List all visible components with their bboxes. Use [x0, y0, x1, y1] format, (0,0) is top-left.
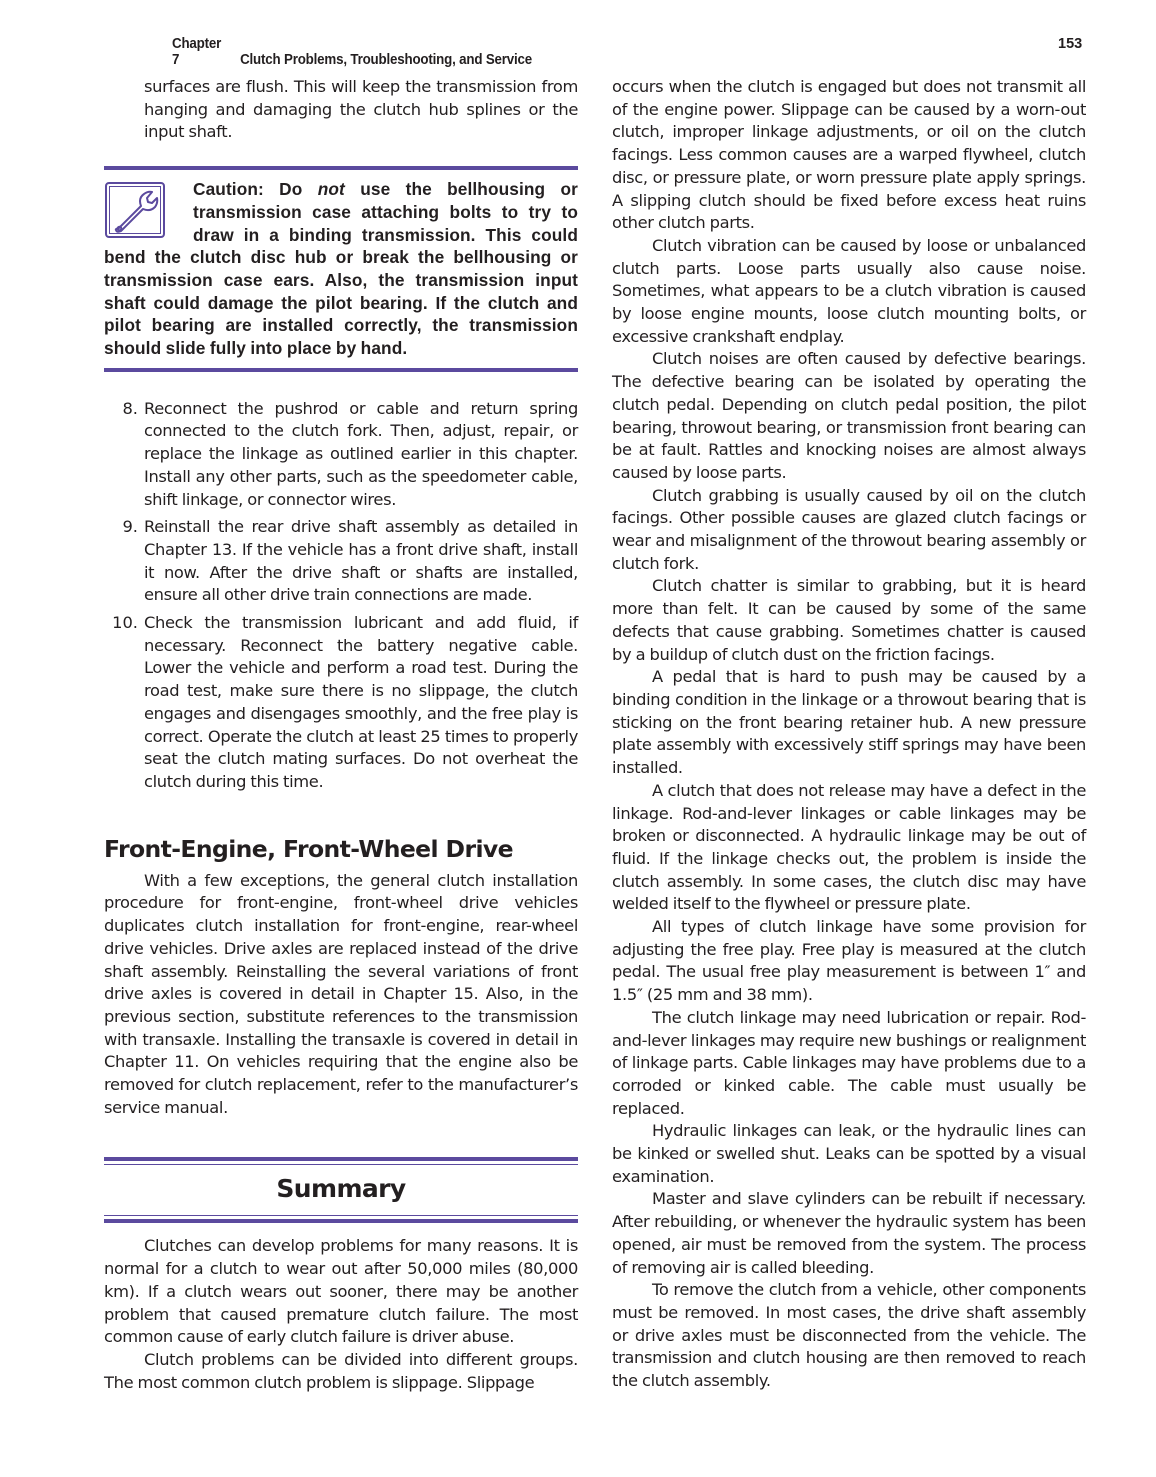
- wrench-icon: [105, 182, 165, 238]
- step-text: Reinstall the rear drive shaft assembly …: [144, 516, 578, 607]
- step-number: 10.: [104, 612, 138, 635]
- body-paragraph: Clutch vibration can be caused by loose …: [612, 235, 1086, 349]
- body-paragraph: Clutch chatter is similar to grabbing, b…: [612, 575, 1086, 666]
- body-paragraph: Hydraulic linkages can leak, or the hydr…: [612, 1120, 1086, 1188]
- body-paragraph: All types of clutch linkage have some pr…: [612, 916, 1086, 1007]
- step-text: Reconnect the pushrod or cable and retur…: [144, 398, 578, 512]
- body-paragraph: Master and slave cylinders can be rebuil…: [612, 1188, 1086, 1279]
- body-paragraph: A pedal that is hard to push may be caus…: [612, 666, 1086, 780]
- summary-bottom-rule: [104, 1215, 578, 1223]
- step-item: 10. Check the transmission lubricant and…: [104, 612, 578, 794]
- left-column: surfaces are flush. This will keep the t…: [104, 76, 578, 1394]
- step-number: 8.: [104, 398, 138, 421]
- step-number: 9.: [104, 516, 138, 539]
- page-number: 153: [1058, 36, 1082, 52]
- summary-paragraph: Clutch problems can be divided into diff…: [104, 1349, 578, 1394]
- body-paragraph: The clutch linkage may need lubrication …: [612, 1007, 1086, 1121]
- chapter-title: Clutch Problems, Troubleshooting, and Se…: [240, 52, 532, 68]
- continuation-paragraph: surfaces are flush. This will keep the t…: [104, 76, 578, 144]
- section-heading-fwd: Front-Engine, Front-Wheel Drive: [104, 834, 578, 864]
- step-text: Check the transmission lubricant and add…: [144, 612, 578, 794]
- body-paragraph: A clutch that does not release may have …: [612, 780, 1086, 916]
- summary-heading: Summary: [104, 1173, 578, 1205]
- step-item: 8. Reconnect the pushrod or cable and re…: [104, 398, 578, 512]
- summary-section: Summary Clutches can develop problems fo…: [104, 1157, 578, 1394]
- summary-paragraph: Clutches can develop problems for many r…: [104, 1235, 578, 1349]
- chapter-number: Chapter 7: [172, 36, 220, 68]
- procedure-steps: 8. Reconnect the pushrod or cable and re…: [104, 398, 578, 794]
- summary-top-rule: [104, 1157, 578, 1165]
- caution-body: use the bellhousing or transmission case…: [104, 179, 578, 358]
- step-item: 9. Reinstall the rear drive shaft assemb…: [104, 516, 578, 607]
- right-column: occurs when the clutch is engaged but do…: [612, 76, 1086, 1393]
- caution-emphasis: not: [318, 179, 345, 199]
- body-paragraph: To remove the clutch from a vehicle, oth…: [612, 1279, 1086, 1393]
- running-header: Chapter 7Clutch Problems, Troubleshootin…: [172, 36, 1013, 56]
- caution-box: Caution: Do not use the bellhousing or t…: [104, 166, 578, 372]
- continuation-paragraph: occurs when the clutch is engaged but do…: [612, 76, 1086, 235]
- body-paragraph: Clutch grabbing is usually caused by oil…: [612, 485, 1086, 576]
- body-paragraph: Clutch noises are often caused by defect…: [612, 348, 1086, 484]
- fwd-paragraph: With a few exceptions, the general clutc…: [104, 870, 578, 1120]
- caution-text: Caution: Do not use the bellhousing or t…: [104, 178, 578, 360]
- caution-prefix: Caution: Do: [193, 179, 318, 199]
